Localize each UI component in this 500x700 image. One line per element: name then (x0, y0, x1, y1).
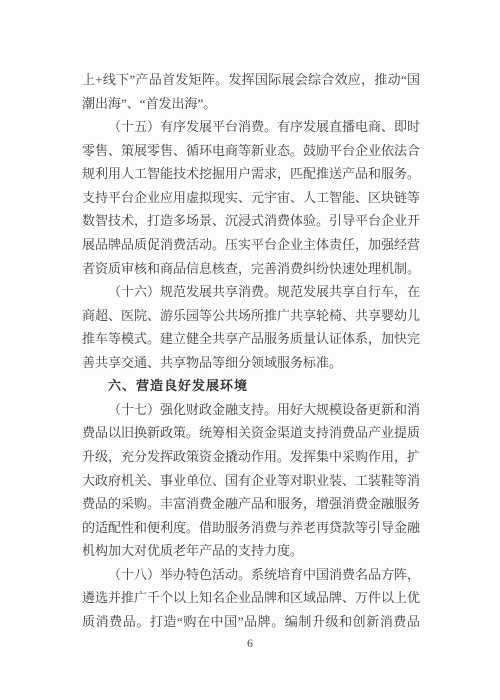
clause-18-heading: （十八）举办特色活动。 (108, 567, 251, 582)
text-line: 善共享交通、共享物品等细分领域服务标准。 (82, 351, 420, 375)
text-line: 机构加大对优质老年产品的支持力度。 (82, 539, 420, 563)
text-line: 展品牌品质促消费活动。压实平台企业主体责任，加强经营 (82, 233, 420, 257)
text-line: （十七）强化财政金融支持。用好大规模设备更新和消 (82, 398, 420, 422)
text-line: 遴选并推广千个以上知名企业品牌和区域品牌、万件以上优 (82, 586, 420, 610)
clause-17-text: 用好大规模设备更新和消 (277, 402, 420, 417)
document-body: 上+线下”产品首发矩阵。发挥国际展会综合效应，推动“国 潮出海”、“首发出海”。… (82, 68, 420, 634)
clause-15-heading: （十五）有序发展平台消费。 (108, 119, 277, 134)
text-line: 推车等模式。建立健全共享产品服务质量认证体系，加快完 (82, 327, 420, 351)
text-line: 费品的采购。丰富消费金融产品和服务，增强消费金融服务 (82, 492, 420, 516)
clause-15-text: 有序发展直播电商、即时 (277, 119, 420, 134)
text-line: 商超、医院、游乐园等公共场所推广共享轮椅、共享婴幼儿 (82, 304, 420, 328)
text-line: 数智技术，打造多场景、沉浸式消费体验。引导平台企业开 (82, 209, 420, 233)
section-heading: 六、营造良好发展环境 (82, 374, 420, 398)
text-line: （十六）规范发展共享消费。规范发展共享自行车，在 (82, 280, 420, 304)
text-line: （十八）举办特色活动。系统培育中国消费名品方阵， (82, 563, 420, 587)
text-line: 零售、策展零售、循环电商等新业态。鼓励平台企业依法合 (82, 139, 420, 163)
page-number: 6 (0, 636, 500, 651)
text-line: 潮出海”、“首发出海”。 (82, 92, 420, 116)
text-line: 费品以旧换新政策。统筹相关资金渠道支持消费品产业提质 (82, 421, 420, 445)
clause-18-text: 系统培育中国消费名品方阵， (251, 567, 420, 582)
document-page: 上+线下”产品首发矩阵。发挥国际展会综合效应，推动“国 潮出海”、“首发出海”。… (0, 0, 500, 700)
text-line: 升级，充分发挥政策资金撬动作用。发挥集中采购作用，扩 (82, 445, 420, 469)
text-line: （十五）有序发展平台消费。有序发展直播电商、即时 (82, 115, 420, 139)
text-line: 支持平台企业应用虚拟现实、元宇宙、人工智能、区块链等 (82, 186, 420, 210)
text-line: 上+线下”产品首发矩阵。发挥国际展会综合效应，推动“国 (82, 68, 420, 92)
text-line: 大政府机关、事业单位、国有企业等对职业装、工装鞋等消 (82, 469, 420, 493)
clause-16-text: 规范发展共享自行车，在 (277, 284, 420, 299)
text-line: 规利用人工智能技术挖掘用户需求，匹配推送产品和服务。 (82, 162, 420, 186)
text-line: 质消费品。打造“购在中国”品牌。编制升级和创新消费品 (82, 610, 420, 634)
clause-17-heading: （十七）强化财政金融支持。 (108, 402, 277, 417)
text-line: 的适配性和便利度。借助服务消费与养老再贷款等引导金融 (82, 516, 420, 540)
text-line: 者资质审核和商品信息核查，完善消费纠纷快速处理机制。 (82, 257, 420, 281)
clause-16-heading: （十六）规范发展共享消费。 (108, 284, 277, 299)
